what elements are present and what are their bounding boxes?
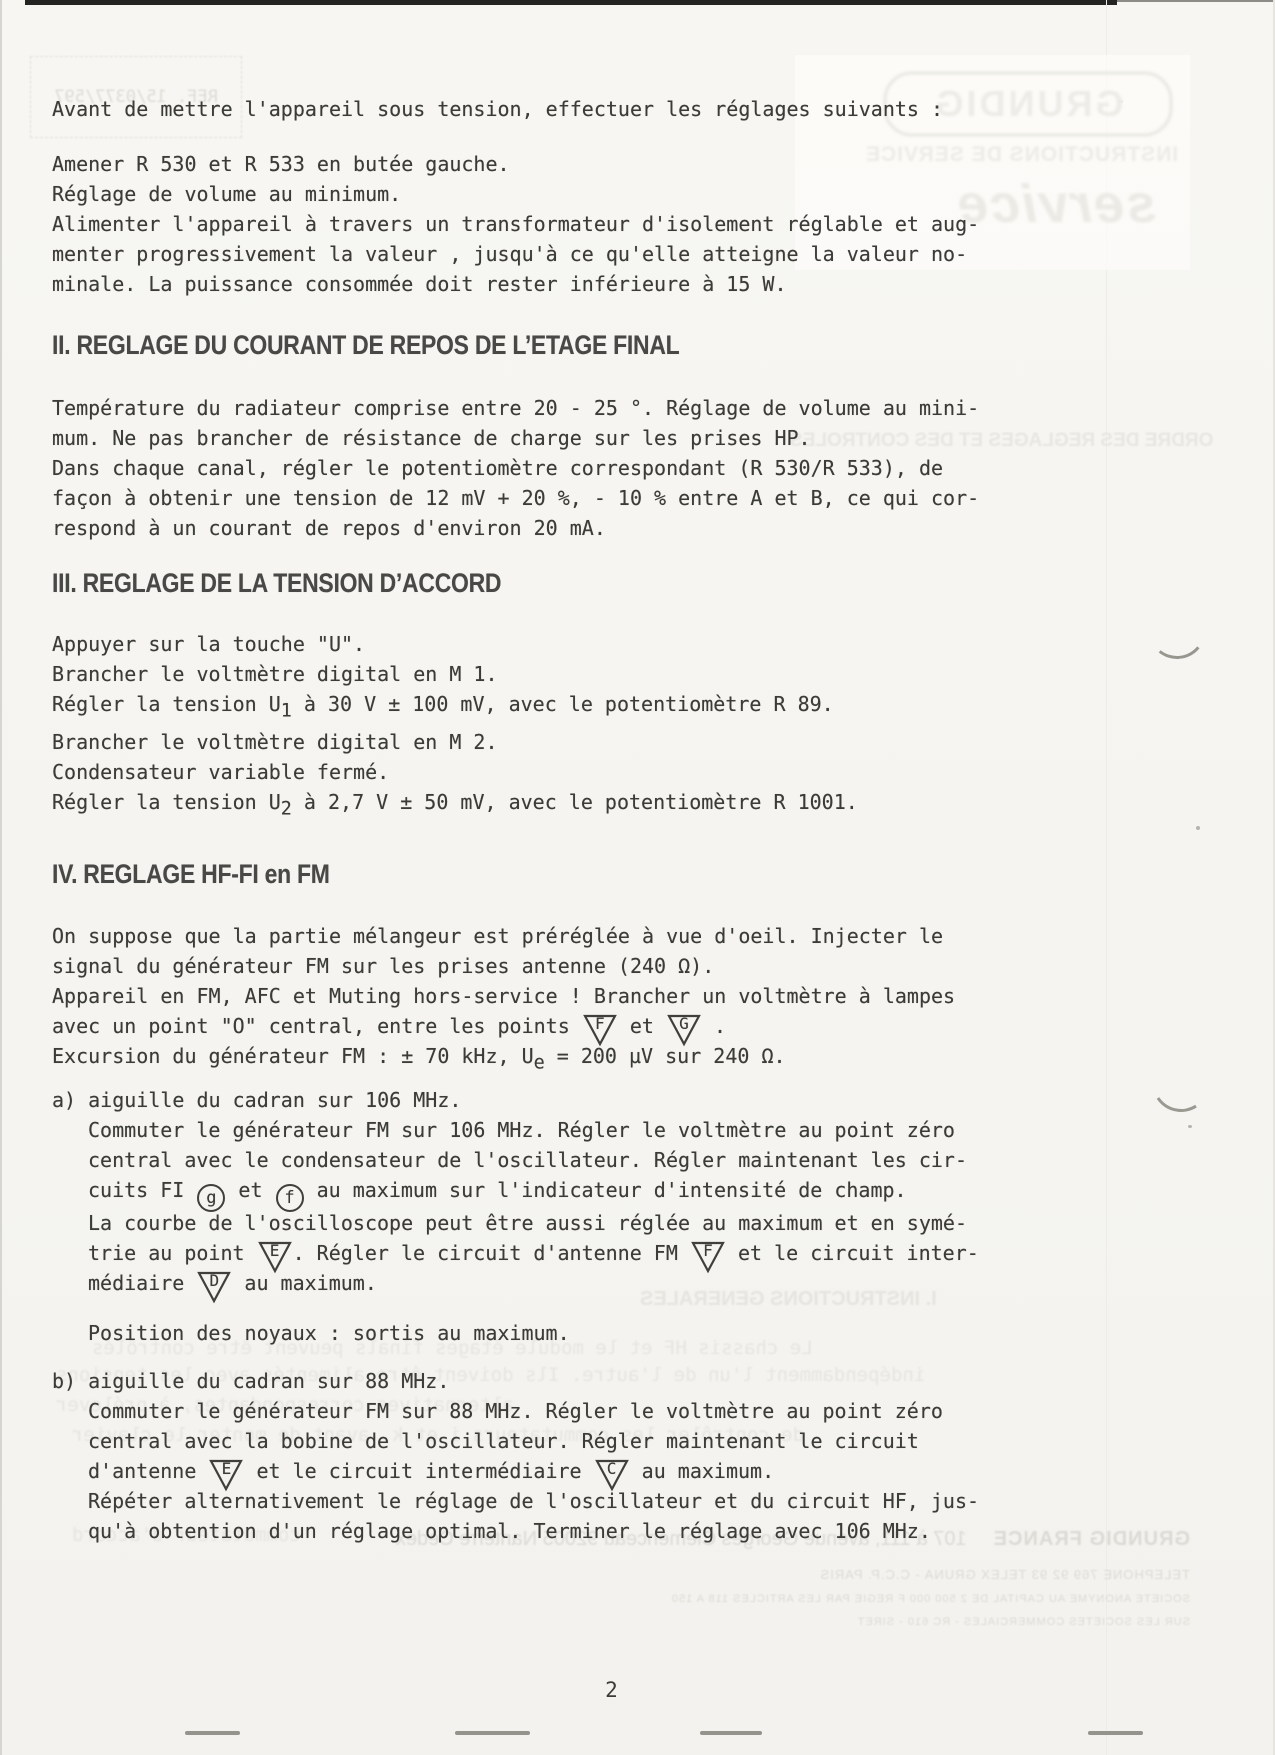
punch-hole-shadow <box>1147 1049 1216 1118</box>
text-line: Excursion du générateur FM : ± 70 kHz, U… <box>52 1041 1112 1079</box>
text-line: respond à un courant de repos d'environ … <box>52 513 1112 543</box>
ghost-footer-line: SUR LES SOCIETES COMMERCIALES - RC 610 -… <box>85 1616 1190 1628</box>
text-line: Réglage de volume au minimum. <box>52 179 1112 209</box>
text-line: Avant de mettre l'appareil sous tension,… <box>52 94 1112 124</box>
text-line: b) aiguille du cadran sur 88 MHz. <box>52 1366 1112 1396</box>
text-line: Condensateur variable fermé. <box>52 757 1112 787</box>
service-manual-page: REF. 15/0377/597 GRUNDIG INSTRUCTIONS DE… <box>0 0 1275 1755</box>
subscript: e <box>534 1053 545 1074</box>
document-body: Avant de mettre l'appareil sous tension,… <box>52 94 1112 1546</box>
section-heading-iii: III. REGLAGE DE LA TENSION D’ACCORD <box>52 570 953 597</box>
section-iv-paragraph: On suppose que la partie mélangeur est p… <box>52 921 1112 1079</box>
text-line: Alimenter l'appareil à travers un transf… <box>52 209 1112 239</box>
intro-paragraph: Avant de mettre l'appareil sous tension,… <box>52 94 1112 124</box>
text-line: Commuter le générateur FM sur 106 MHz. R… <box>52 1115 1112 1145</box>
subscript: 2 <box>281 798 292 819</box>
section-ii-paragraph: Température du radiateur comprise entre … <box>52 393 1112 543</box>
triangle-letter-marker: F <box>691 1244 725 1264</box>
scan-bottom-mark <box>185 1731 240 1735</box>
text-line: Position des noyaux : sortis au maximum. <box>52 1318 1112 1348</box>
text-line: a) aiguille du cadran sur 106 MHz. <box>52 1085 1112 1115</box>
text-line: central avec le condensateur de l'oscill… <box>52 1145 1112 1175</box>
paper-speck <box>1188 1125 1192 1128</box>
triangle-letter-marker: D <box>197 1274 231 1294</box>
text-line: On suppose que la partie mélangeur est p… <box>52 921 1112 951</box>
text-line: d'antenne E et le circuit intermédiaire … <box>52 1456 1112 1486</box>
triangle-letter-marker: F <box>583 1017 617 1037</box>
text-line: Appareil en FM, AFC et Muting hors-servi… <box>52 981 1112 1011</box>
list-item-a: a) aiguille du cadran sur 106 MHz. Commu… <box>52 1085 1112 1348</box>
page-number: 2 <box>0 1678 1249 1702</box>
ghost-footer-line: SOCIETE ANONYME AU CAPITAL DE 2 500 000 … <box>85 1593 1190 1605</box>
text-line: central avec la bobine de l'oscillateur.… <box>52 1426 1112 1456</box>
text-line: trie au point E. Régler le circuit d'ant… <box>52 1238 1112 1268</box>
text-line: minale. La puissance consommée doit rest… <box>52 269 1112 299</box>
text-line: Régler la tension U2 à 2,7 V ± 50 mV, av… <box>52 787 1112 825</box>
triangle-letter-marker: E <box>209 1462 243 1482</box>
subscript: 1 <box>281 701 292 722</box>
text-line: mum. Ne pas brancher de résistance de ch… <box>52 423 1112 453</box>
text-line: Brancher le voltmètre digital en M 1. <box>52 659 1112 689</box>
scan-edge-bar-light <box>1117 0 1275 2</box>
text-line: Régler la tension U1 à 30 V ± 100 mV, av… <box>52 689 1112 727</box>
section-heading-ii: II. REGLAGE DU COURANT DE REPOS DE L’ETA… <box>52 332 953 359</box>
paper-speck <box>1196 826 1200 830</box>
section-iii-paragraph: Appuyer sur la touche "U". Brancher le v… <box>52 629 1112 824</box>
text-line: Brancher le voltmètre digital en M 2. <box>52 727 1112 757</box>
scan-bottom-mark <box>700 1731 762 1735</box>
text-line: médiaire D au maximum. <box>52 1268 1112 1298</box>
text-line: Amener R 530 et R 533 en butée gauche. <box>52 149 1112 179</box>
text-line: La courbe de l'oscilloscope peut être au… <box>52 1208 1112 1238</box>
punch-hole-shadow <box>1145 598 1209 662</box>
text-line: Commuter le générateur FM sur 88 MHz. Ré… <box>52 1396 1112 1426</box>
page-left-edge <box>0 0 2 1755</box>
scan-edge-bar <box>25 0 1117 5</box>
text-line: qu'à obtention d'un réglage optimal. Ter… <box>52 1516 1112 1546</box>
triangle-letter-marker: C <box>595 1462 629 1482</box>
ghost-footer-line: TELEPHONE 769 92 93 TELEX GRUNA - C.C.P.… <box>85 1567 1190 1582</box>
text-line: Appuyer sur la touche "U". <box>52 629 1112 659</box>
section-heading-iv: IV. REGLAGE HF-FI en FM <box>52 861 953 888</box>
triangle-letter-marker: G <box>667 1017 701 1037</box>
scan-bottom-mark <box>455 1731 530 1735</box>
text-line: Dans chaque canal, régler le potentiomèt… <box>52 453 1112 483</box>
text-line: façon à obtenir une tension de 12 mV + 2… <box>52 483 1112 513</box>
text-line: cuits FI g et f au maximum sur l'indicat… <box>52 1175 1112 1208</box>
text-line: menter progressivement la valeur , jusqu… <box>52 239 1112 269</box>
setup-paragraph: Amener R 530 et R 533 en butée gauche. R… <box>52 149 1112 299</box>
text-line: avec un point "O" central, entre les poi… <box>52 1011 1112 1041</box>
scan-bottom-mark <box>1088 1731 1143 1735</box>
text-line: signal du générateur FM sur les prises a… <box>52 951 1112 981</box>
list-item-b: b) aiguille du cadran sur 88 MHz. Commut… <box>52 1366 1112 1546</box>
triangle-letter-marker: E <box>258 1244 292 1264</box>
text-line: Température du radiateur comprise entre … <box>52 393 1112 423</box>
